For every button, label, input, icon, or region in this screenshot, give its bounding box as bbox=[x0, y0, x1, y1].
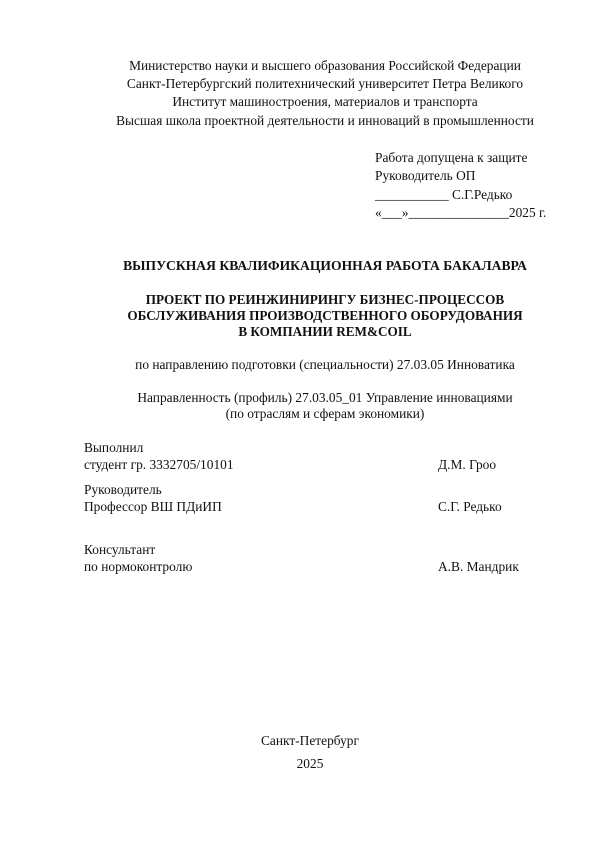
approval-date-line: «___»_______________2025 г. bbox=[375, 205, 546, 221]
signature-position: студент гр. 3332705/10101 bbox=[84, 457, 234, 473]
approval-signature-line: ___________ С.Г.Редько bbox=[375, 187, 512, 203]
signature-name: Д.М. Гроо bbox=[438, 457, 496, 473]
footer-city: Санкт-Петербург bbox=[0, 733, 595, 749]
study-profile-line-2: (по отраслям и сферам экономики) bbox=[0, 406, 595, 422]
header-line-school: Высшая школа проектной деятельности и ин… bbox=[0, 113, 595, 129]
approval-line-admitted: Работа допущена к защите bbox=[375, 150, 527, 166]
signature-position: Профессор ВШ ПДиИП bbox=[84, 499, 222, 515]
signature-role: Руководитель bbox=[84, 482, 162, 498]
footer-year: 2025 bbox=[0, 756, 595, 772]
header-line-institute: Институт машиностроения, материалов и тр… bbox=[0, 94, 595, 110]
signature-role: Консультант bbox=[84, 542, 155, 558]
study-direction: по направлению подготовки (специальности… bbox=[0, 357, 595, 373]
signature-position: по нормоконтролю bbox=[84, 559, 192, 575]
study-profile-line-1: Направленность (профиль) 27.03.05_01 Упр… bbox=[0, 390, 595, 406]
signature-name: С.Г. Редько bbox=[438, 499, 502, 515]
approval-line-head: Руководитель ОП bbox=[375, 168, 475, 184]
signature-name: А.В. Мандрик bbox=[438, 559, 519, 575]
signature-role: Выполнил bbox=[84, 440, 143, 456]
topic-line-3: В КОМПАНИИ REM&COIL bbox=[0, 324, 595, 340]
header-line-university: Санкт-Петербургский политехнический унив… bbox=[0, 76, 595, 92]
topic-line-2: ОБСЛУЖИВАНИЯ ПРОИЗВОДСТВЕННОГО ОБОРУДОВА… bbox=[0, 308, 595, 324]
header-line-ministry: Министерство науки и высшего образования… bbox=[0, 58, 595, 74]
document-type-title: ВЫПУСКНАЯ КВАЛИФИКАЦИОННАЯ РАБОТА БАКАЛА… bbox=[0, 258, 595, 274]
topic-line-1: ПРОЕКТ ПО РЕИНЖИНИРИНГУ БИЗНЕС-ПРОЦЕССОВ bbox=[0, 292, 595, 308]
